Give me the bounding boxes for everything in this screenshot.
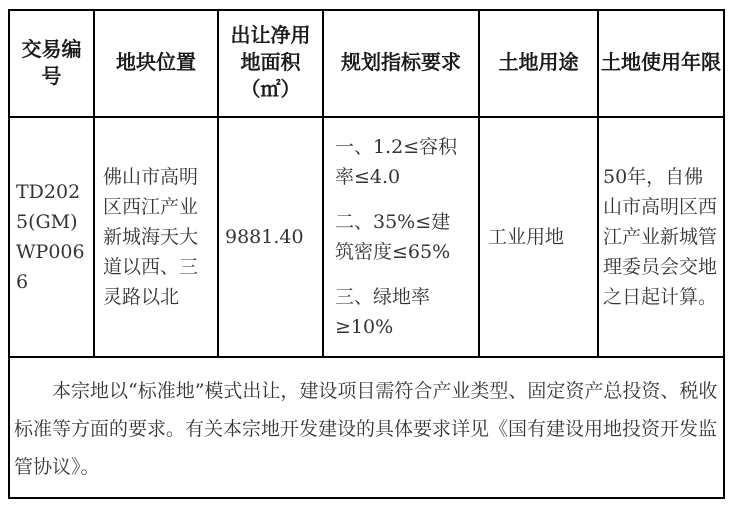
col-header-transaction-id: 交易编号: [9, 10, 94, 117]
cell-transaction-id: TD2025(GM)WP0066: [9, 117, 94, 357]
cell-land-use: 工业用地: [479, 117, 598, 357]
table-header-row: 交易编号 地块位置 出让净用地面积（㎡） 规划指标要求 土地用途 土地使用年限: [9, 10, 724, 117]
parcel-row: TD2025(GM)WP0066 佛山市高明区西江产业新城海天大道以西、三灵路以…: [9, 117, 724, 357]
col-header-planning-requirements: 规划指标要求: [323, 10, 479, 117]
standard-land-note: 本宗地以“标准地”模式出让，建设项目需符合产业类型、固定资产总投资、税收标准等方…: [9, 357, 724, 498]
col-header-land-tenure: 土地使用年限: [598, 10, 724, 117]
col-header-net-area: 出让净用地面积（㎡）: [218, 10, 323, 117]
cell-land-tenure: 50年，自佛山市高明区西江产业新城管理委员会交地之日起计算。: [598, 117, 724, 357]
col-header-land-use: 土地用途: [479, 10, 598, 117]
planning-requirement-item: 二、35%≤建筑密度≤65%: [335, 207, 467, 267]
land-parcel-table: 交易编号 地块位置 出让净用地面积（㎡） 规划指标要求 土地用途 土地使用年限 …: [8, 9, 725, 499]
land-listing-page: 交易编号 地块位置 出让净用地面积（㎡） 规划指标要求 土地用途 土地使用年限 …: [0, 0, 733, 507]
col-header-location: 地块位置: [94, 10, 218, 117]
planning-requirement-item: 一、1.2≤容积率≤4.0: [335, 132, 467, 192]
planning-requirement-item: 三、绿地率≥10%: [335, 282, 467, 342]
cell-planning-requirements: 一、1.2≤容积率≤4.0 二、35%≤建筑密度≤65% 三、绿地率≥10%: [323, 117, 479, 357]
cell-location: 佛山市高明区西江产业新城海天大道以西、三灵路以北: [94, 117, 218, 357]
cell-net-area: 9881.40: [218, 117, 323, 357]
note-row: 本宗地以“标准地”模式出让，建设项目需符合产业类型、固定资产总投资、税收标准等方…: [9, 357, 724, 498]
